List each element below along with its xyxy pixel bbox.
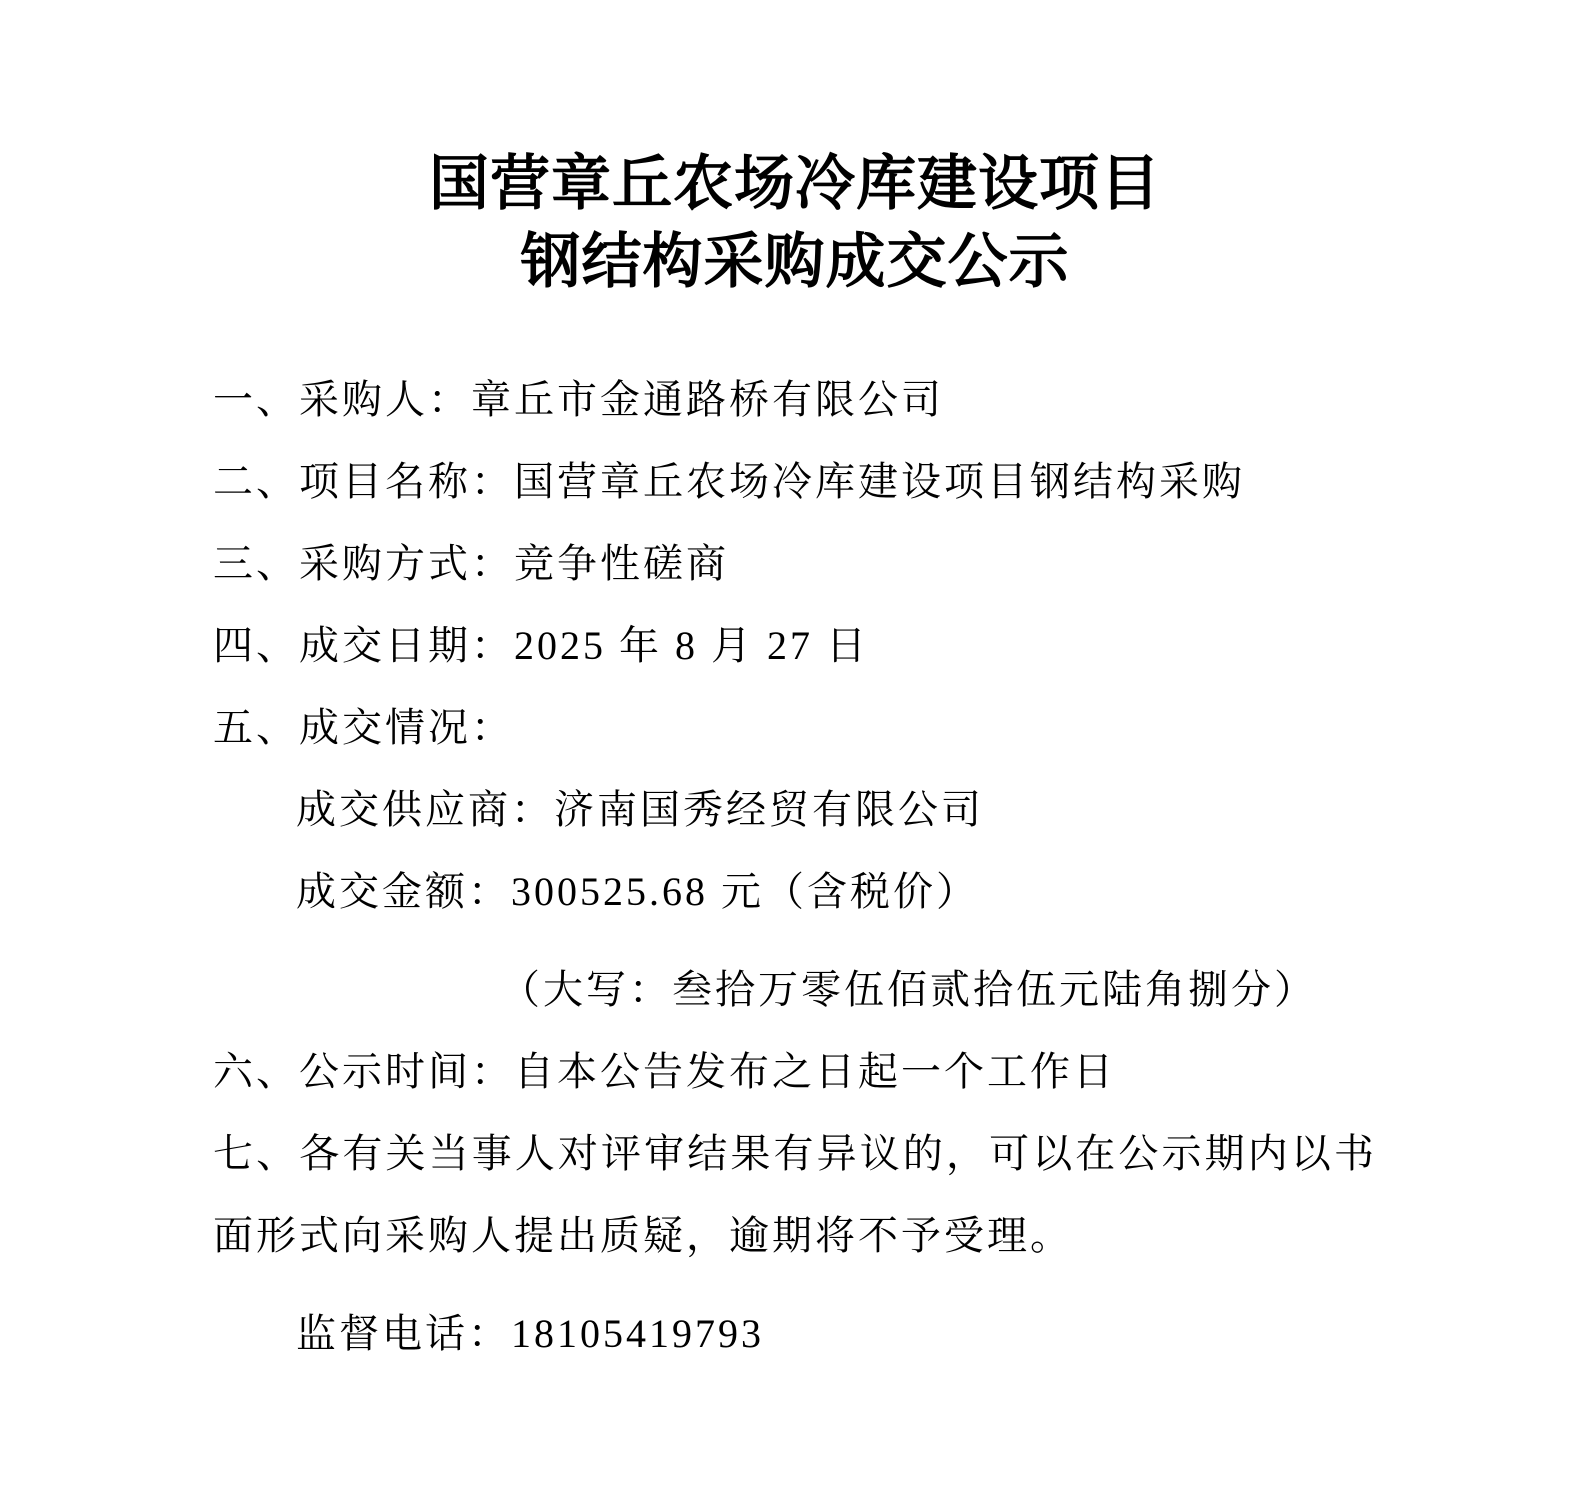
paragraph-publicity-period: 六、公示时间：自本公告发布之日起一个工作日 [213, 1031, 1377, 1113]
document-title: 国营章丘农场冷库建设项目 钢结构采购成交公示 [213, 145, 1377, 301]
paragraph-procurement-method: 三、采购方式：竞争性磋商 [213, 523, 1377, 605]
paragraph-deal-situation-heading: 五、成交情况： [213, 687, 1377, 769]
document-title-line2: 钢结构采购成交公示 [213, 223, 1377, 301]
paragraph-supplier: 成交供应商：济南国秀经贸有限公司 [296, 769, 1377, 851]
paragraph-project-name: 二、项目名称：国营章丘农场冷库建设项目钢结构采购 [213, 441, 1377, 523]
paragraph-deal-date: 四、成交日期：2025 年 8 月 27 日 [213, 605, 1377, 687]
paragraph-objection-line1: 七、各有关当事人对评审结果有异议的，可以在公示期内以书 [213, 1113, 1377, 1195]
document-body: 一、采购人：章丘市金通路桥有限公司 二、项目名称：国营章丘农场冷库建设项目钢结构… [213, 359, 1377, 1375]
paragraph-deal-amount: 成交金额：300525.68 元（含税价） [296, 851, 1377, 933]
paragraph-objection-line2: 面形式向采购人提出质疑，逾期将不予受理。 [213, 1195, 1377, 1277]
paragraph-amount-capitalized: （大写：叁拾万零伍佰贰拾伍元陆角捌分） [500, 949, 1377, 1031]
document-title-line1: 国营章丘农场冷库建设项目 [213, 145, 1377, 223]
paragraph-supervision-phone: 监督电话：18105419793 [296, 1293, 1377, 1375]
document-page: 国营章丘农场冷库建设项目 钢结构采购成交公示 一、采购人：章丘市金通路桥有限公司… [0, 0, 1587, 1507]
paragraph-buyer: 一、采购人：章丘市金通路桥有限公司 [213, 359, 1377, 441]
